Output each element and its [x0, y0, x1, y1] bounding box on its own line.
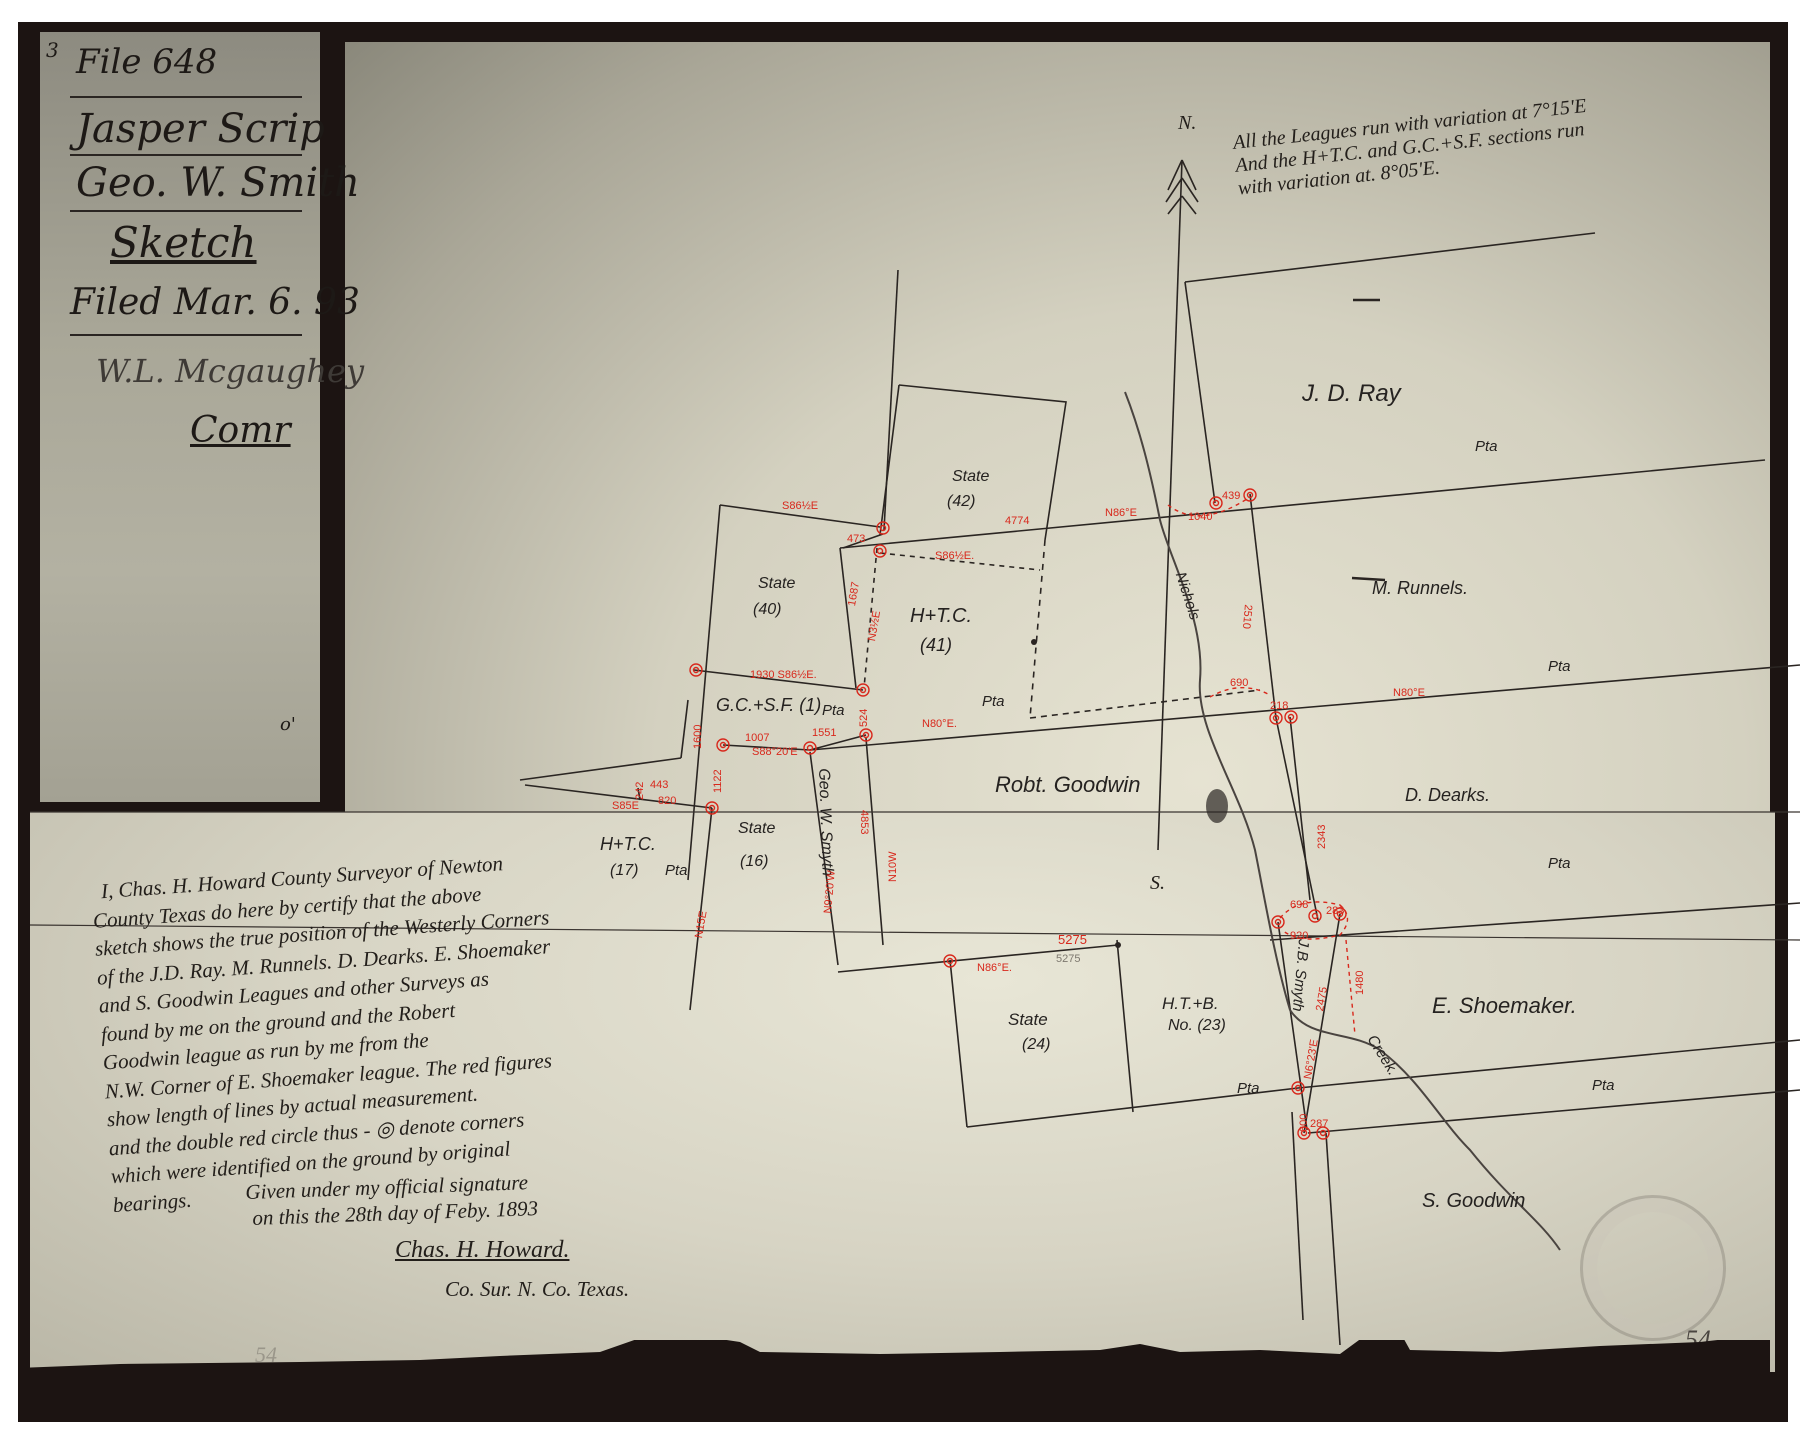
torn-bottom-edge	[0, 1340, 1800, 1420]
measure-5275-pencil: 5275	[1056, 953, 1080, 965]
tract-number-24: (24)	[1022, 1036, 1050, 1054]
tract-label-htb-23: H.T.+B.	[1162, 994, 1219, 1014]
measure-n86e-b: N86°E.	[977, 962, 1012, 974]
measure-2343: 2343	[1316, 825, 1328, 849]
measure-218: 218	[1270, 700, 1288, 712]
measure-524: 524	[858, 709, 870, 727]
tract-label-htc-17: H+T.C.	[600, 834, 656, 855]
surveyor-title: Co. Sur. N. Co. Texas.	[445, 1277, 629, 1302]
pta-label: Pta	[982, 693, 1005, 710]
surveyor-signature: Chas. H. Howard.	[395, 1237, 569, 1264]
tract-label-s-goodwin: S. Goodwin	[1422, 1190, 1525, 1213]
measure-4853: 4853	[858, 810, 870, 834]
measure-473: 473	[847, 533, 865, 545]
tract-label-state-42: State	[952, 468, 989, 486]
tract-label-gcsf-1: G.C.+S.F. (1)	[716, 695, 821, 716]
north-label: N.	[1178, 112, 1196, 135]
measure-439: 439	[1222, 490, 1240, 502]
embossed-seal	[1580, 1195, 1726, 1341]
south-label: S.	[1150, 872, 1165, 895]
pta-label: Pta	[1548, 855, 1571, 872]
measure-1480: 1480	[1354, 971, 1366, 995]
tract-label-jd-ray: J. D. Ray	[1302, 380, 1401, 408]
measure-n10w: N10W	[887, 851, 899, 882]
tract-number-42: (42)	[947, 493, 975, 511]
measure-443: 443	[650, 779, 668, 791]
measure-4774: 4774	[1005, 515, 1029, 527]
measure-s86e-c: 1930 S86½E.	[750, 669, 817, 681]
tract-label-htc-41: H+T.C.	[910, 605, 972, 628]
measure-1551: 1551	[812, 727, 836, 739]
measure-n86e-a: N86°E	[1105, 507, 1137, 519]
tract-label-robt-goodwin: Robt. Goodwin	[995, 772, 1141, 798]
tract-number-40: (40)	[753, 601, 781, 619]
measure-600: 600	[1298, 1114, 1310, 1132]
measure-283: 283	[1326, 905, 1344, 917]
tract-label-state-16: State	[738, 820, 775, 838]
tract-label-state-24: State	[1008, 1010, 1048, 1030]
tract-label-m-runnels: M. Runnels.	[1372, 578, 1468, 599]
measure-287: 287	[1310, 1118, 1328, 1130]
measure-2510: 2510	[1240, 604, 1254, 629]
measure-5275: 5275	[1058, 932, 1087, 947]
measure-s85e: S85E	[612, 800, 639, 812]
corner-marker	[1210, 497, 1222, 509]
pta-label: Pta	[665, 862, 688, 879]
measure-920: 920	[1290, 930, 1308, 942]
measure-s86e-a: S86½E	[782, 500, 818, 512]
measure-690: 690	[1230, 677, 1248, 689]
pta-label: Pta	[1548, 658, 1571, 675]
measure-1122: 1122	[712, 769, 724, 793]
measure-s88e: S88°20'E	[752, 746, 798, 758]
tract-number-17: (17)	[610, 862, 638, 880]
tract-number-16: (16)	[740, 853, 768, 871]
tract-label-state-40: State	[758, 575, 795, 593]
measure-698: 698	[1290, 899, 1308, 911]
pta-label: Pta	[822, 702, 845, 719]
measure-1040: 1040	[1188, 511, 1212, 523]
tract-number-23: No. (23)	[1168, 1017, 1226, 1035]
pta-label: Pta	[1592, 1077, 1615, 1094]
measure-n80e-b: N80°E.	[922, 718, 957, 730]
measure-s86e-b: S86½E.	[935, 550, 974, 562]
measure-820: 820	[658, 795, 676, 807]
measure-242: 242	[634, 782, 646, 800]
tract-number-41: (41)	[920, 635, 952, 656]
measure-n80e-a: N80°E	[1393, 687, 1425, 699]
pta-label: Pta	[1237, 1080, 1260, 1097]
surveyor-certificate: I, Chas. H. Howard County Surveyor of Ne…	[90, 878, 545, 1220]
measure-1600: 1600	[692, 725, 704, 749]
tract-label-geo-w-smyth: Geo. W. Smyth	[814, 768, 836, 876]
tract-label-e-shoemaker: E. Shoemaker.	[1432, 993, 1577, 1019]
pta-label: Pta	[1475, 438, 1498, 455]
measure-1007: 1007	[745, 732, 769, 744]
tract-label-d-dearks: D. Dearks.	[1405, 785, 1490, 806]
